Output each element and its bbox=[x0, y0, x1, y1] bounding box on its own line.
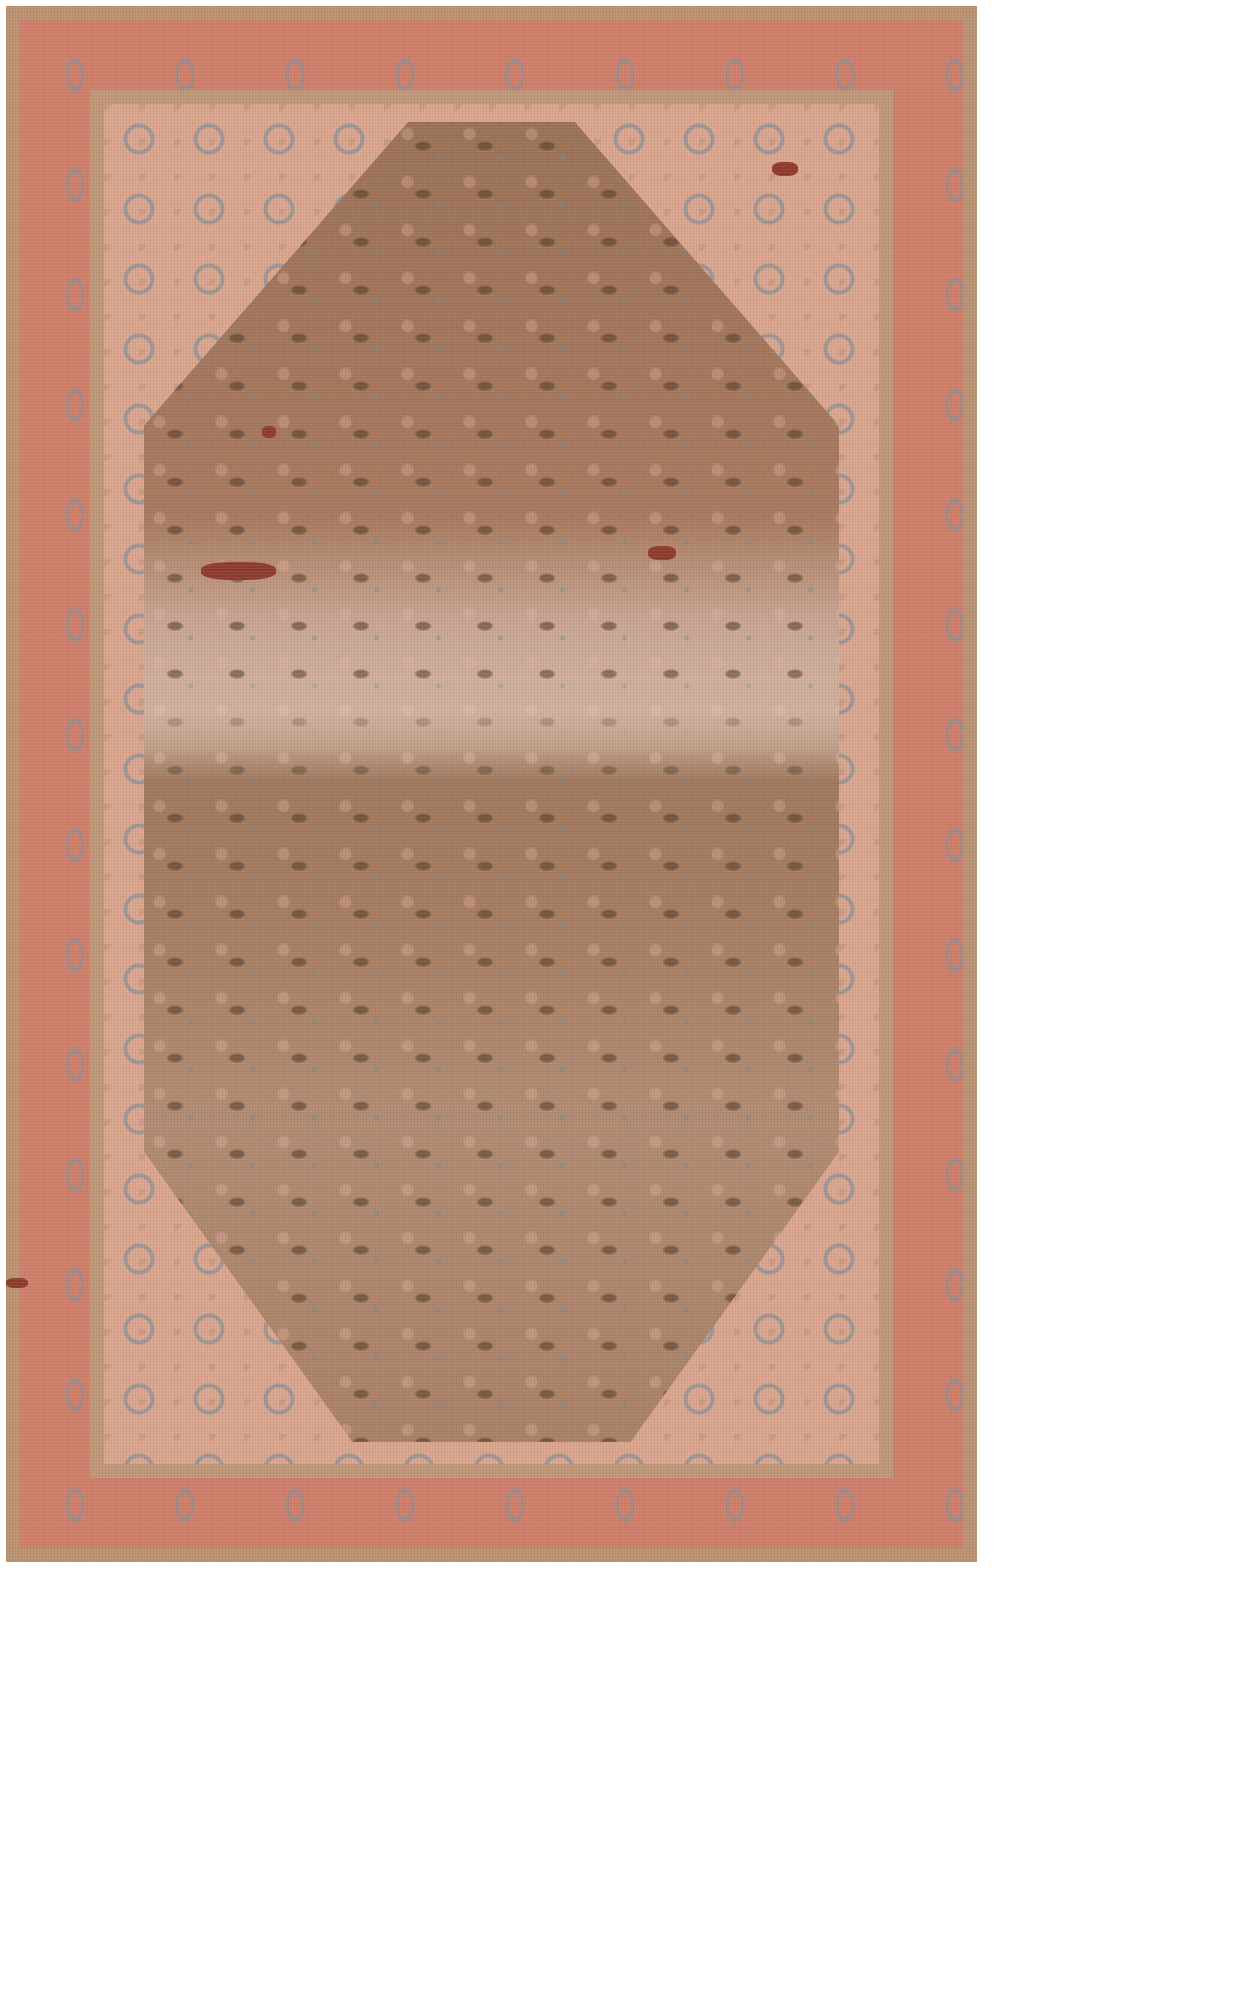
medallion-herati-pattern bbox=[144, 122, 839, 1442]
wear-spot bbox=[648, 546, 676, 560]
rug-field bbox=[104, 104, 879, 1464]
wear-spot bbox=[201, 562, 276, 580]
wear-spot bbox=[6, 1278, 28, 1288]
wear-spot bbox=[772, 162, 798, 176]
wear-spot bbox=[262, 426, 276, 438]
rug bbox=[6, 6, 977, 1562]
worn-band bbox=[144, 672, 839, 782]
central-medallion bbox=[144, 122, 839, 1442]
